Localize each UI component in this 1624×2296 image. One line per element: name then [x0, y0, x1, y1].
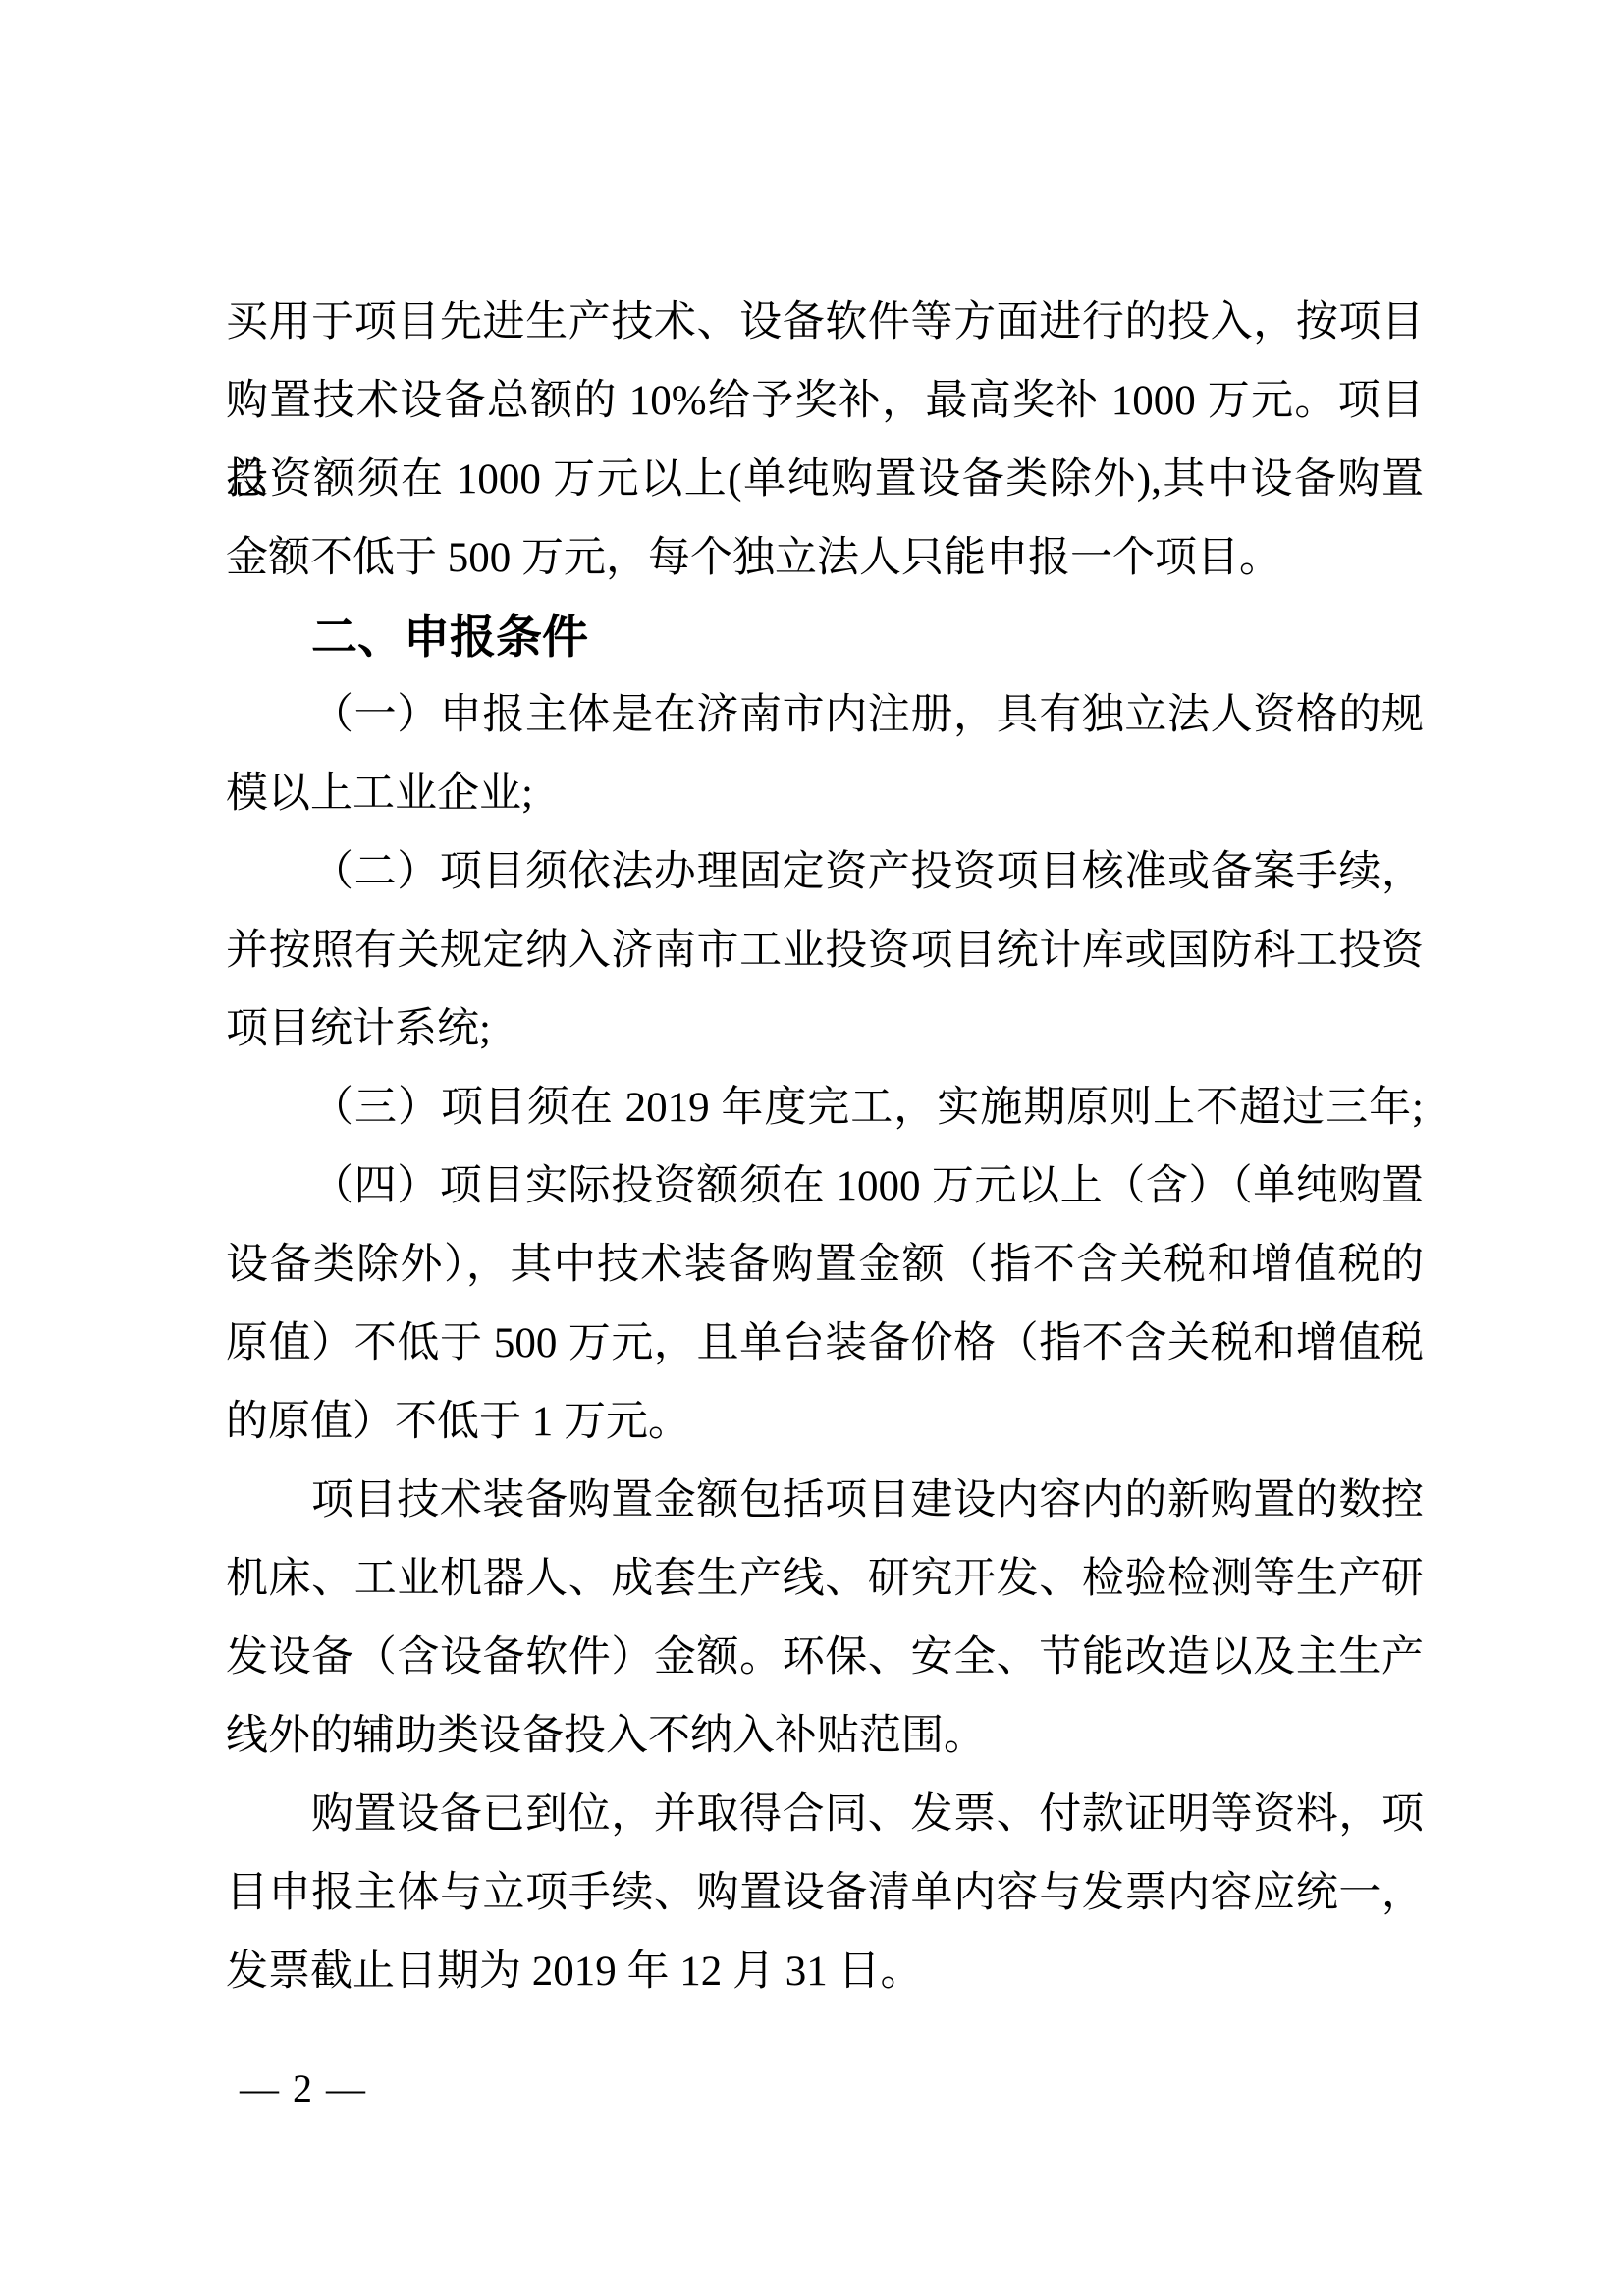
- text-line: 目申报主体与立项手续、购置设备清单内容与发票内容应统一，: [226, 1854, 1424, 1933]
- page-number: — 2 —: [240, 2061, 367, 2116]
- section-heading: 二、申报条件: [226, 598, 1424, 676]
- text-line: 模以上工业企业;: [226, 755, 1424, 833]
- text-line: （三）项目须在 2019 年度完工，实施期原则上不超过三年;: [226, 1069, 1424, 1148]
- text-line: 购置设备已到位，并取得合同、发票、付款证明等资料，项: [226, 1776, 1424, 1854]
- text-line: （二）项目须依法办理固定资产投资项目核准或备案手续，: [226, 833, 1424, 912]
- text-line: 发票截止日期为 2019 年 12 月 31 日。: [226, 1933, 1424, 2011]
- text-line: 投资额须在 1000 万元以上(单纯购置设备类除外),其中设备购置: [226, 441, 1424, 519]
- document-text-block: 买用于项目先进生产技术、设备软件等方面进行的投入，按项目 购置技术设备总额的 1…: [226, 284, 1424, 2011]
- text-line: （一）申报主体是在济南市内注册，具有独立法人资格的规: [226, 676, 1424, 755]
- text-line: 项目统计系统;: [226, 990, 1424, 1069]
- text-line: 并按照有关规定纳入济南市工业投资项目统计库或国防科工投资: [226, 912, 1424, 990]
- text-line: 的原值）不低于 1 万元。: [226, 1383, 1424, 1462]
- text-line: 金额不低于 500 万元，每个独立法人只能申报一个项目。: [226, 519, 1424, 598]
- text-line: 原值）不低于 500 万元，且单台装备价格（指不含关税和增值税: [226, 1305, 1424, 1383]
- text-line: 购置技术设备总额的 10%给予奖补，最高奖补 1000 万元。项目总: [226, 362, 1424, 441]
- text-line: 设备类除外），其中技术装备购置金额（指不含关税和增值税的: [226, 1226, 1424, 1305]
- document-page: { "document": { "page_number": "— 2 —", …: [0, 0, 1624, 2296]
- text-line: 线外的辅助类设备投入不纳入补贴范围。: [226, 1697, 1424, 1776]
- text-line: 发设备（含设备软件）金额。环保、安全、节能改造以及主生产: [226, 1619, 1424, 1697]
- text-line: 买用于项目先进生产技术、设备软件等方面进行的投入，按项目: [226, 284, 1424, 362]
- text-line: 机床、工业机器人、成套生产线、研究开发、检验检测等生产研: [226, 1540, 1424, 1619]
- text-line: （四）项目实际投资额须在 1000 万元以上（含）（单纯购置: [226, 1148, 1424, 1226]
- text-line: 项目技术装备购置金额包括项目建设内容内的新购置的数控: [226, 1462, 1424, 1540]
